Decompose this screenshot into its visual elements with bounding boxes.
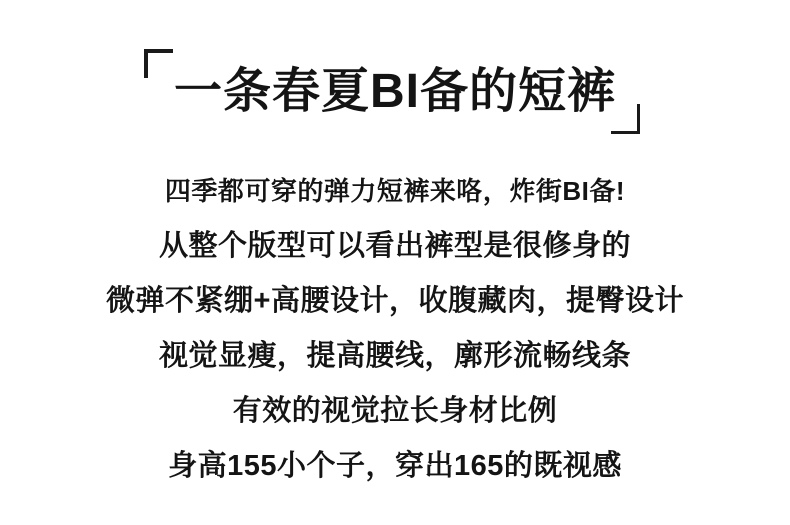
corner-bracket-bottom-right-icon (611, 104, 640, 134)
body-line: 从整个版型可以看出裤型是很修身的 (0, 219, 790, 274)
product-detail-page: 一条春夏BI备的短裤 四季都可穿的弹力短裤来咯，炸街BI备! 从整个版型可以看出… (0, 0, 790, 525)
body-line: 四季都可穿的弹力短裤来咯，炸街BI备! (0, 164, 790, 219)
body-line: 身高155小个子，穿出165的既视感 (0, 439, 790, 494)
body-line: 视觉显瘦，提高腰线，廓形流畅线条 (0, 329, 790, 384)
page-title: 一条春夏BI备的短裤 (0, 64, 790, 120)
body-copy: 四季都可穿的弹力短裤来咯，炸街BI备! 从整个版型可以看出裤型是很修身的 微弹不… (0, 164, 790, 494)
body-line: 有效的视觉拉长身材比例 (0, 384, 790, 439)
body-line: 微弹不紧绷+高腰设计，收腹藏肉，提臀设计 (0, 274, 790, 329)
